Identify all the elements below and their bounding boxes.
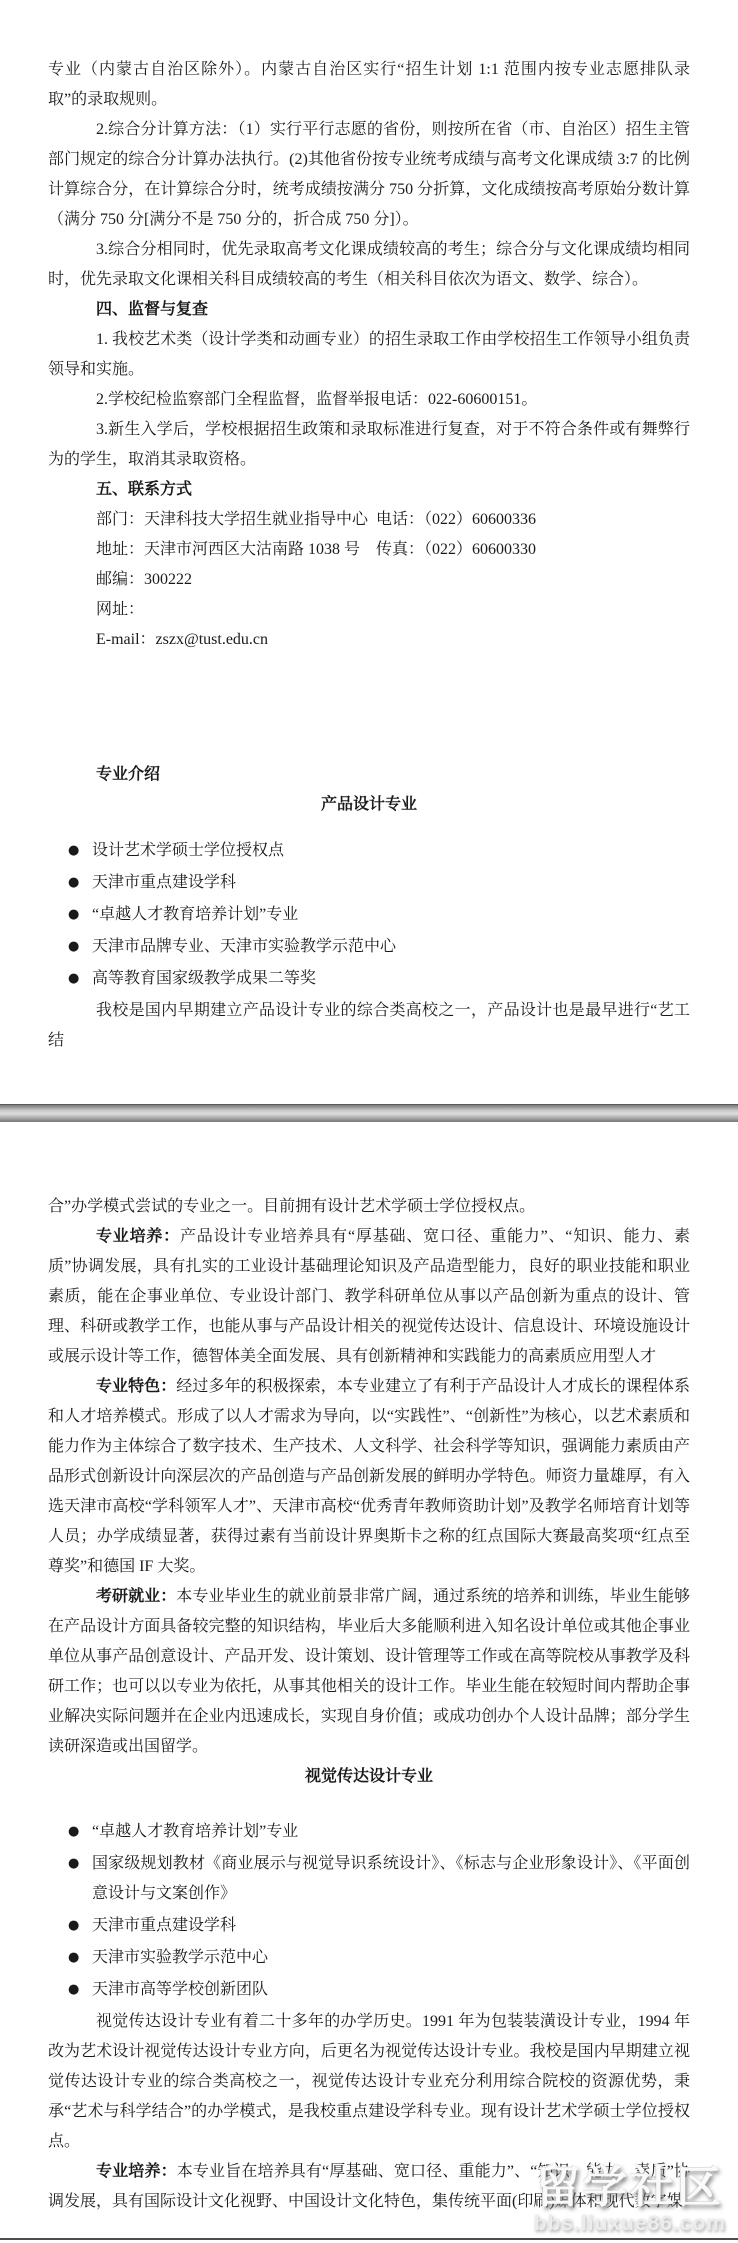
contact-row-address: 地址：天津市河西区大沽南路 1038 号 传真：（022）60600330	[96, 535, 690, 565]
section-label-vc-training: 专业培养：	[96, 2163, 177, 2180]
list-item-text: 天津市重点建设学科	[92, 1911, 690, 1941]
contact-address: 地址：天津市河西区大沽南路 1038 号	[96, 535, 376, 565]
section-text-features: 经过多年的积极探索，本专业建立了有利于产品设计人才成长的课程体系和人才培养模式。…	[48, 1378, 690, 1575]
list-item: ● 高等教育国家级教学成果二等奖	[48, 964, 690, 994]
list-item-text: 设计艺术学硕士学位授权点	[92, 836, 690, 866]
section-label-training: 专业培养：	[96, 1228, 180, 1245]
list-item: ● 天津市实验教学示范中心	[48, 1943, 690, 1973]
visual-communication-highlights-list: ● “卓越人才教育培养计划”专业 ● 国家级规划教材《商业展示与视觉导识系统设计…	[48, 1817, 690, 2005]
blank-space	[48, 655, 690, 760]
bullet-icon: ●	[68, 932, 92, 962]
list-item-text: 天津市重点建设学科	[92, 868, 690, 898]
heading-contact-info: 五、联系方式	[96, 475, 690, 505]
paragraph-visual-communication-training: 专业培养：本专业旨在培养具有“厚基础、宽口径、重能力”、“知识、能力、素质”协调…	[48, 2157, 690, 2217]
list-item: ● 设计艺术学硕士学位授权点	[48, 836, 690, 866]
contact-row-zip: 邮编：300222	[96, 565, 690, 595]
admission-document: 专业（内蒙古自治区除外）。内蒙古自治区实行“招生计划 1:1 范围内按专业志愿排…	[0, 0, 738, 2243]
list-item-text: 天津市品牌专业、天津市实验教学示范中心	[92, 932, 690, 962]
heading-major-introduction: 专业介绍	[96, 760, 690, 790]
section-label-employment: 考研就业：	[96, 1588, 176, 1605]
bullet-icon: ●	[68, 868, 92, 898]
paragraph-graduate-employment: 考研就业：本专业毕业生的就业前景非常广阔，通过系统的培养和训练，毕业生能够在产品…	[48, 1582, 690, 1762]
contact-row-website: 网址：	[96, 595, 690, 625]
paragraph-product-design-intro-start: 我校是国内早期建立产品设计专业的综合类高校之一，产品设计也是最早进行“艺工结	[48, 996, 690, 1056]
section-text-training: 产品设计专业培养具有“厚基础、宽口径、重能力”、“知识、能力、素质”协调发展，具…	[48, 1228, 690, 1365]
contact-block: 部门：天津科技大学招生就业指导中心 电话：（022）60600336 地址：天津…	[96, 505, 690, 655]
paragraph-major-features: 专业特色：经过多年的积极探索，本专业建立了有利于产品设计人才成长的课程体系和人才…	[48, 1372, 690, 1582]
paragraph-admission-rule-continuation: 专业（内蒙古自治区除外）。内蒙古自治区实行“招生计划 1:1 范围内按专业志愿排…	[48, 55, 690, 115]
paragraph-visual-communication-history: 视觉传达设计专业有着二十多年的办学历史。1991 年为包装装潢设计专业，1994…	[48, 2007, 690, 2157]
contact-row-email: E-mail：zszx@tust.edu.cn	[96, 625, 690, 655]
document-page-1: 专业（内蒙古自治区除外）。内蒙古自治区实行“招生计划 1:1 范围内按专业志愿排…	[0, 0, 738, 1104]
document-page-2: 合”办学模式尝试的专业之一。目前拥有设计艺术学硕士学位授权点。 专业培养：产品设…	[0, 1122, 738, 2238]
list-item-text: 高等教育国家级教学成果二等奖	[92, 964, 690, 994]
paragraph-supervision-item-2: 2.学校纪检监察部门全程监督，监督举报电话：022-60600151。	[48, 385, 690, 415]
contact-fax: 传真：（022）60600330	[376, 535, 690, 565]
contact-website: 网址：	[96, 595, 144, 625]
blank-space	[48, 820, 690, 836]
list-item-text: “卓越人才教育培养计划”专业	[92, 900, 690, 930]
list-item: ● 天津市品牌专业、天津市实验教学示范中心	[48, 932, 690, 962]
major-title-product-design: 产品设计专业	[48, 790, 690, 820]
bullet-icon: ●	[68, 1975, 92, 2005]
list-item: ● 天津市重点建设学科	[48, 1911, 690, 1941]
list-item-text: 天津市实验教学示范中心	[92, 1943, 690, 1973]
major-title-visual-communication: 视觉传达设计专业	[48, 1762, 690, 1792]
list-item: ● “卓越人才教育培养计划”专业	[48, 1817, 690, 1847]
list-item: ● “卓越人才教育培养计划”专业	[48, 900, 690, 930]
bullet-icon: ●	[68, 1943, 92, 1973]
contact-department: 部门：天津科技大学招生就业指导中心	[96, 505, 376, 535]
page-separator-band	[0, 1104, 738, 1122]
bullet-icon: ●	[68, 1849, 92, 1879]
bullet-icon: ●	[68, 900, 92, 930]
contact-email: E-mail：zszx@tust.edu.cn	[96, 625, 268, 655]
contact-row-department: 部门：天津科技大学招生就业指导中心 电话：（022）60600336	[96, 505, 690, 535]
section-label-features: 专业特色：	[96, 1378, 176, 1395]
bullet-icon: ●	[68, 1817, 92, 1847]
contact-zip: 邮编：300222	[96, 565, 192, 595]
list-item: ● 天津市重点建设学科	[48, 868, 690, 898]
paragraph-supervision-item-1: 1. 我校艺术类（设计学类和动画专业）的招生录取工作由学校招生工作领导小组负责领…	[48, 325, 690, 385]
list-item-text: 天津市高等学校创新团队	[92, 1975, 690, 2005]
list-item: ● 国家级规划教材《商业展示与视觉导识系统设计》、《标志与企业形象设计》、《平面…	[48, 1849, 690, 1909]
bullet-icon: ●	[68, 836, 92, 866]
contact-phone: 电话：（022）60600336	[376, 505, 690, 535]
paragraph-tie-break-rule: 3.综合分相同时，优先录取高考文化课成绩较高的考生；综合分与文化课成绩均相同时，…	[48, 235, 690, 295]
paragraph-score-calculation: 2.综合分计算方法：（1）实行平行志愿的省份，则按所在省（市、自治区）招生主管部…	[48, 115, 690, 235]
bullet-icon: ●	[68, 1911, 92, 1941]
paragraph-product-design-intro-continuation: 合”办学模式尝试的专业之一。目前拥有设计艺术学硕士学位授权点。	[48, 1192, 690, 1222]
list-item-text: 国家级规划教材《商业展示与视觉导识系统设计》、《标志与企业形象设计》、《平面创意…	[92, 1849, 690, 1909]
bullet-icon: ●	[68, 964, 92, 994]
list-item: ● 天津市高等学校创新团队	[48, 1975, 690, 2005]
list-item-text: “卓越人才教育培养计划”专业	[92, 1817, 690, 1847]
section-text-employment: 本专业毕业生的就业前景非常广阔，通过系统的培养和训练，毕业生能够在产品设计方面具…	[48, 1588, 690, 1755]
paragraph-major-training: 专业培养：产品设计专业培养具有“厚基础、宽口径、重能力”、“知识、能力、素质”协…	[48, 1222, 690, 1372]
blank-space	[48, 1792, 690, 1817]
product-design-highlights-list: ● 设计艺术学硕士学位授权点 ● 天津市重点建设学科 ● “卓越人才教育培养计划…	[48, 836, 690, 994]
heading-supervision-review: 四、监督与复查	[96, 295, 690, 325]
paragraph-supervision-item-3: 3.新生入学后，学校根据招生政策和录取标准进行复查，对于不符合条件或有舞弊行为的…	[48, 415, 690, 475]
